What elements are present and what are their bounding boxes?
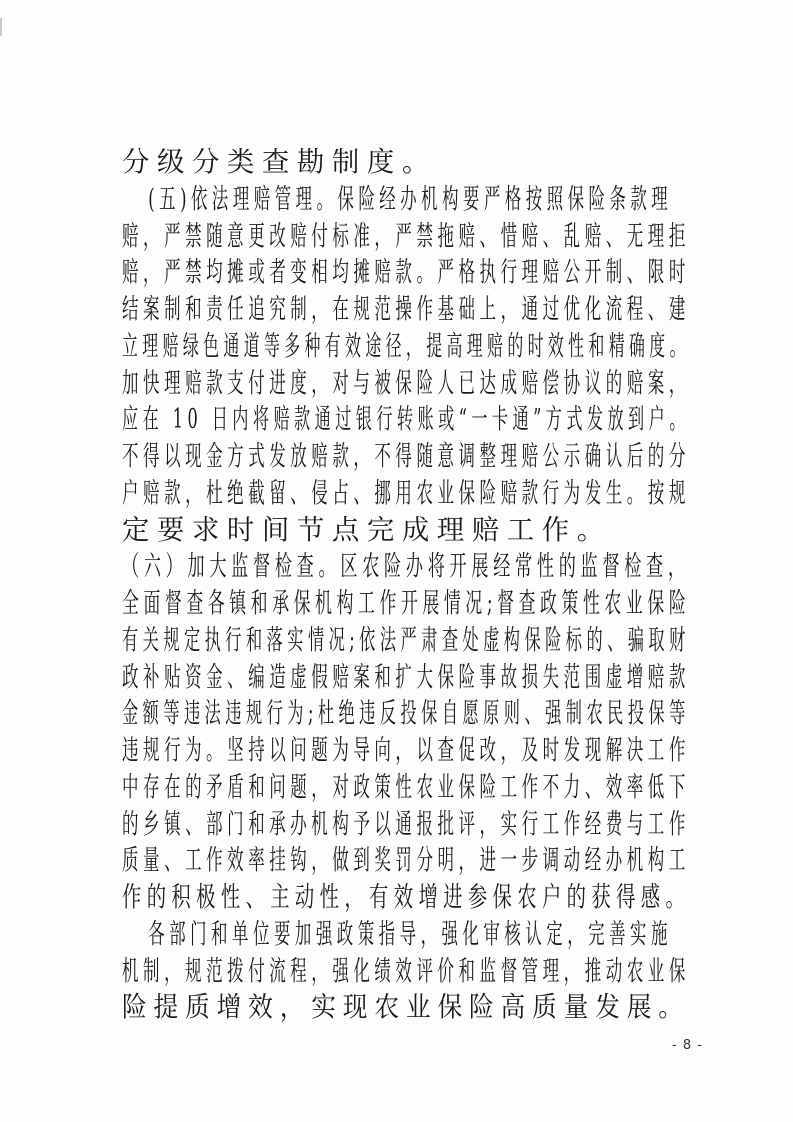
page-number: - 8 - [672, 1038, 703, 1053]
text-line: 金额等违法违规行为;杜绝违反投保自愿原则、强制农民投保等 [122, 695, 458, 732]
text-line: 作的积极性、主动性，有效增进参保农户的获得感。 [122, 879, 523, 916]
document-body: 分级分类查勘制度。 (五)依法理赔管理。保险经办机构要严格按照保险条款理 赔，严… [122, 144, 692, 1026]
text-line: 立理赔绿色通道等多种有效途径，提高理赔的时效性和精确度。 [122, 328, 451, 365]
text-line: 各部门和单位要加强政策指导，强化审核认定，完善实施 [122, 916, 462, 953]
text-line: 的乡镇、部门和承办机构予以通报批评，实行工作经费与工作 [122, 806, 464, 843]
text-line: 结案制和责任追究制，在规范操作基础上，通过优化流程、建 [122, 291, 464, 328]
text-line: 赔，严禁随意更改赔付标准，严禁拖赔、惜赔、乱赔、无理拒 [122, 218, 464, 255]
text-line: 违规行为。坚持以问题为导向，以查促改，及时发现解决工作 [122, 732, 464, 769]
text-line: 政补贴资金、编造虚假赔案和扩大保险事故损失范围虚增赔款 [122, 659, 464, 696]
paragraph-closing: 各部门和单位要加强政策指导，强化审核认定，完善实施 机制，规范拨付流程，强化绩效… [122, 916, 692, 1026]
paragraph-claims-management: (五)依法理赔管理。保险经办机构要严格按照保险条款理 赔，严禁随意更改赔付标准，… [122, 181, 692, 549]
text-line: 定要求时间节点完成理赔工作。 [122, 512, 690, 549]
text-line: 加快理赔款支付进度，对与被保险人已达成赔偿协议的赔案， [122, 365, 464, 402]
text-line: 应在 10 日内将赔款通过银行转账或“一卡通”方式发放到户。 [122, 401, 456, 438]
text-line: 险提质增效，实现农业保险高质量发展。 [122, 989, 634, 1026]
text-line: 赔，严禁均摊或者变相均摊赔款。严格执行理赔公开制、限时 [122, 254, 464, 291]
text-line: 机制，规范拨付流程，强化绩效评价和监督管理，推动农业保 [122, 953, 464, 990]
text-line: 中存在的矛盾和问题，对政策性农业保险工作不力、效率低下 [122, 769, 464, 806]
text-line: 户赔款，杜绝截留、侵占、挪用农业保险赔款行为发生。按规 [122, 475, 464, 512]
text-line: 有关规定执行和落实情况;依法严肃查处虚构保险标的、骗取财 [122, 622, 458, 659]
text-line: (五)依法理赔管理。保险经办机构要严格按照保险条款理 [122, 181, 462, 218]
text-line: 质量、工作效率挂钩，做到奖罚分明，进一步调动经办机构工 [122, 842, 464, 879]
document-page: 分级分类查勘制度。 (五)依法理赔管理。保险经办机构要严格按照保险条款理 赔，严… [0, 0, 793, 1122]
text-line: （六）加大监督检查。区农险办将开展经常性的监督检查， [122, 548, 477, 585]
paragraph-supervision-inspection: （六）加大监督检查。区农险办将开展经常性的监督检查， 全面督查各镇和承保机构工作… [122, 548, 692, 916]
paragraph-continuation: 分级分类查勘制度。 [122, 144, 692, 181]
text-line: 不得以现金方式发放赔款，不得随意调整理赔公示确认后的分 [122, 438, 464, 475]
scan-edge-mark [0, 18, 2, 36]
text-line: 分级分类查勘制度。 [122, 144, 690, 181]
text-line: 全面督查各镇和承保机构工作开展情况;督查政策性农业保险 [122, 585, 470, 622]
